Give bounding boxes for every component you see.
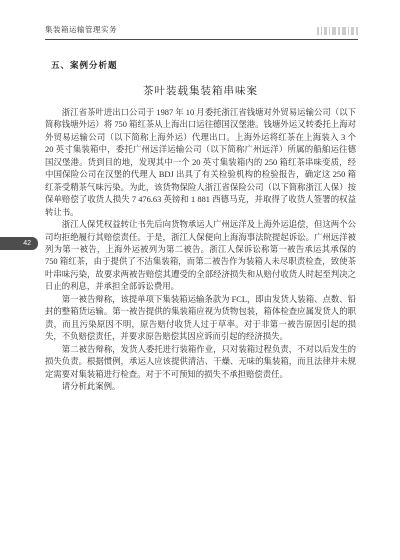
running-title: 集装箱运输管理实务: [45, 24, 117, 35]
page-number: 42: [23, 240, 31, 247]
case-paragraph: 浙江人保凭权益转让书先后向货物承运人广州远洋及上海外运追偿，但这两个公司均拒绝履…: [45, 219, 356, 294]
section-heading: 五、案例分析题: [51, 59, 356, 71]
case-paragraph: 第一被告辩称，该提单项下集装箱运输条款为 FCL，即由发货人装箱、点数、铅封的整…: [45, 294, 356, 344]
book-page: 集装箱运输管理实务 42 五、案例分析题 茶叶装载集装箱串味案 浙江省茶叶进出口…: [0, 0, 400, 560]
case-question: 请分析此案例。: [45, 381, 356, 393]
page-number-tab: 42: [0, 237, 38, 250]
case-title: 茶叶装载集装箱串味案: [45, 83, 356, 98]
page-content: 五、案例分析题 茶叶装载集装箱串味案 浙江省茶叶进出口公司于 1987 年 10…: [45, 37, 356, 393]
case-paragraph: 浙江省茶叶进出口公司于 1987 年 10 月委托浙江省钱塘对外贸易运输公司（以…: [45, 107, 356, 219]
barcode-decoration: [317, 27, 358, 35]
case-paragraph: 第二被告辩称，发货人委托进行装箱作业，只对装箱过程负责，不对以后发生的损失负责。…: [45, 344, 356, 381]
